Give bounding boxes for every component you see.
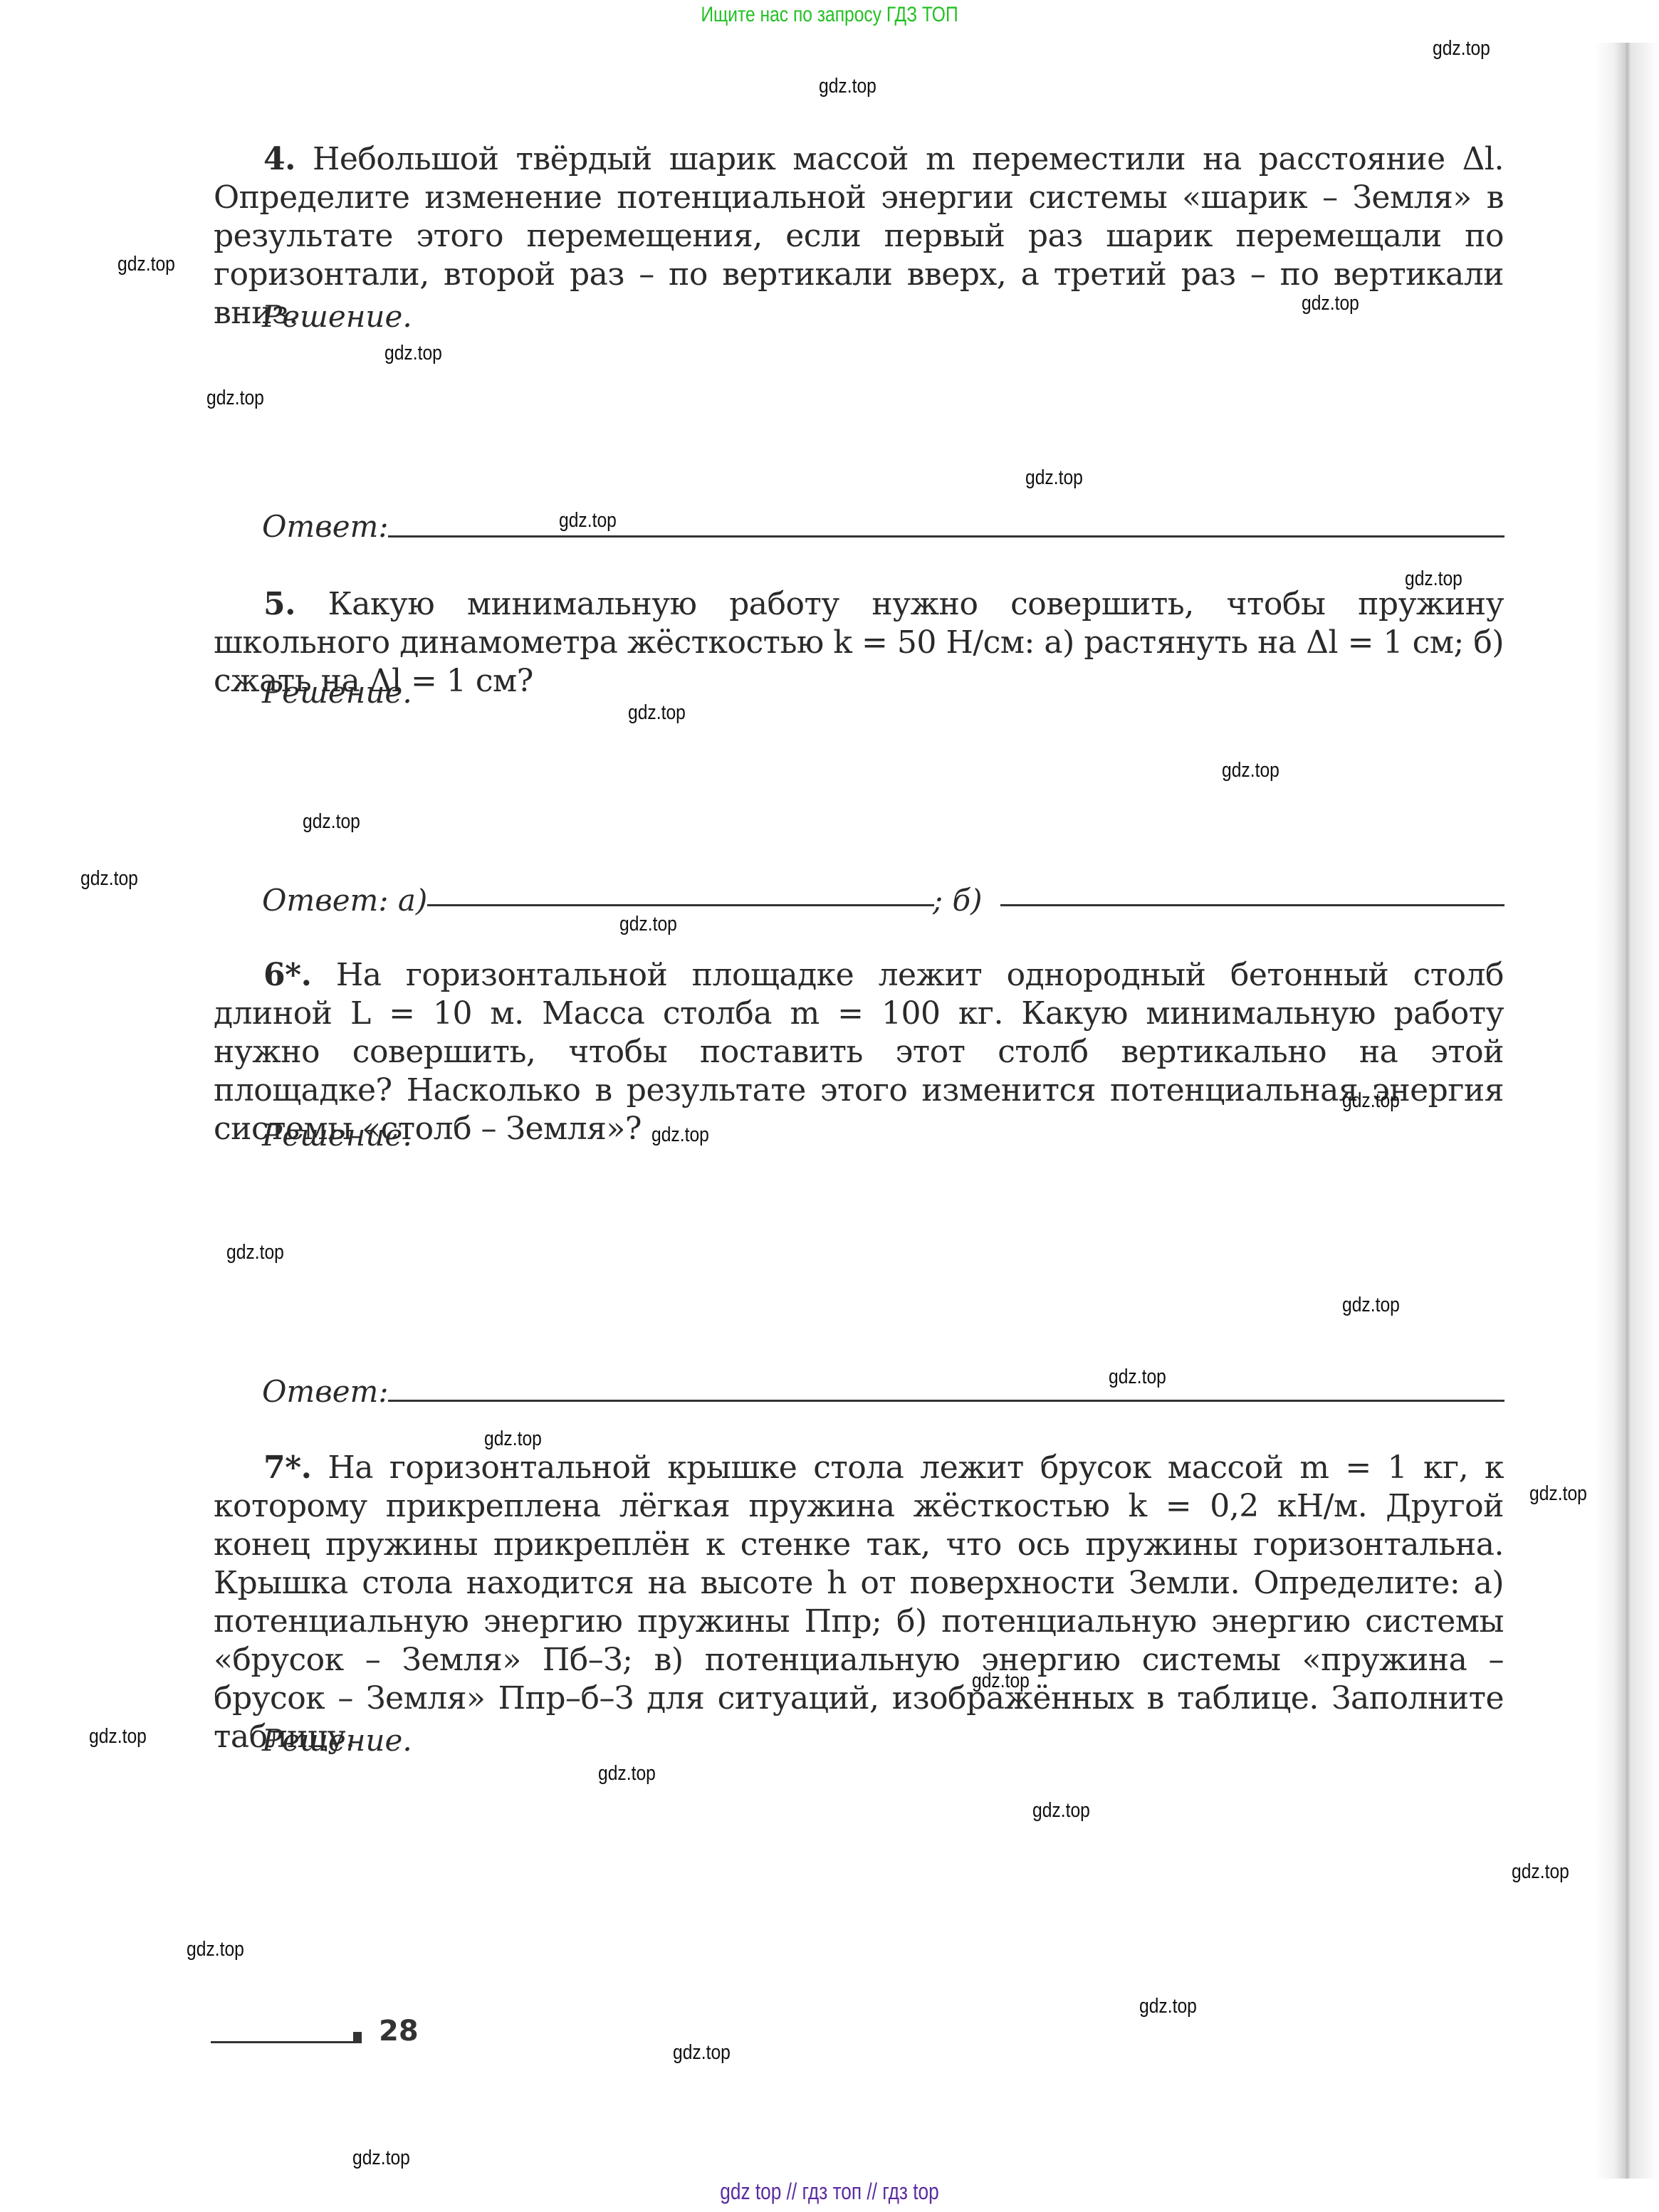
watermark: gdz.top [1025,466,1083,490]
watermark: gdz.top [1405,567,1462,591]
watermark: gdz.top [1342,1089,1400,1113]
watermark: gdz.top [206,387,264,410]
watermark: gdz.top [484,1427,542,1451]
watermark: gdz.top [352,2147,410,2170]
answer-label: Ответ: а) [262,883,427,918]
answer-line-a[interactable] [427,904,934,906]
watermark: gdz.top [89,1725,147,1749]
watermark: gdz.top [1512,1860,1569,1884]
watermark: gdz.top [1222,759,1279,782]
answer-line-b[interactable] [1000,904,1504,906]
page-number-marker [353,2032,362,2043]
answer-label: Ответ: [262,1374,389,1409]
answer-line[interactable] [388,1400,1504,1402]
page-binding-shadow [1595,43,1659,2179]
watermark: gdz.top [598,1762,656,1786]
watermark: gdz.top [1109,1366,1166,1389]
watermark: gdz.top [559,509,617,533]
task-7: 7*. На горизонтальной крышке стола лежит… [214,1449,1504,1756]
answer-label: Ответ: [262,509,389,544]
watermark: gdz.top [1139,1995,1197,2018]
watermark: gdz.top [80,867,138,891]
watermark: gdz.top [619,913,677,936]
task-number: 4. [263,141,295,177]
solution-label: Решение. [262,1118,412,1153]
watermark: gdz.top [1342,1294,1400,1317]
watermark: gdz.top [1529,1482,1587,1506]
solution-label: Решение. [262,675,412,710]
solution-label: Решение. [262,1723,412,1758]
watermark: gdz.top [1032,1799,1090,1823]
task-number: 7*. [263,1450,311,1486]
solution-label: Решение. [262,299,412,334]
watermark: gdz.top [1302,292,1359,315]
task-text: На горизонтальной крышке стола лежит бру… [214,1450,1504,1755]
promo-banner[interactable]: Ищите нас по запросу ГДЗ ТОП [150,3,1510,27]
answer-label-b: ; б) [933,883,983,918]
page-number: 28 [379,2015,419,2048]
watermark: gdz.top [187,1938,244,1961]
watermark: gdz.top [117,253,175,276]
watermark: gdz.top [972,1670,1030,1693]
page-number-rule [211,2041,357,2043]
task-number: 5. [263,586,295,622]
footer-links[interactable]: gdz top // гдз топ // гдз top [150,2179,1510,2205]
task-number: 6*. [263,957,311,993]
watermark: gdz.top [819,75,876,98]
watermark: gdz.top [651,1123,709,1147]
watermark: gdz.top [1433,37,1490,61]
watermark: gdz.top [303,810,360,834]
answer-line[interactable] [388,535,1504,538]
watermark: gdz.top [673,2041,731,2065]
watermark: gdz.top [384,342,442,365]
watermark: gdz.top [628,701,686,725]
watermark: gdz.top [226,1241,284,1264]
